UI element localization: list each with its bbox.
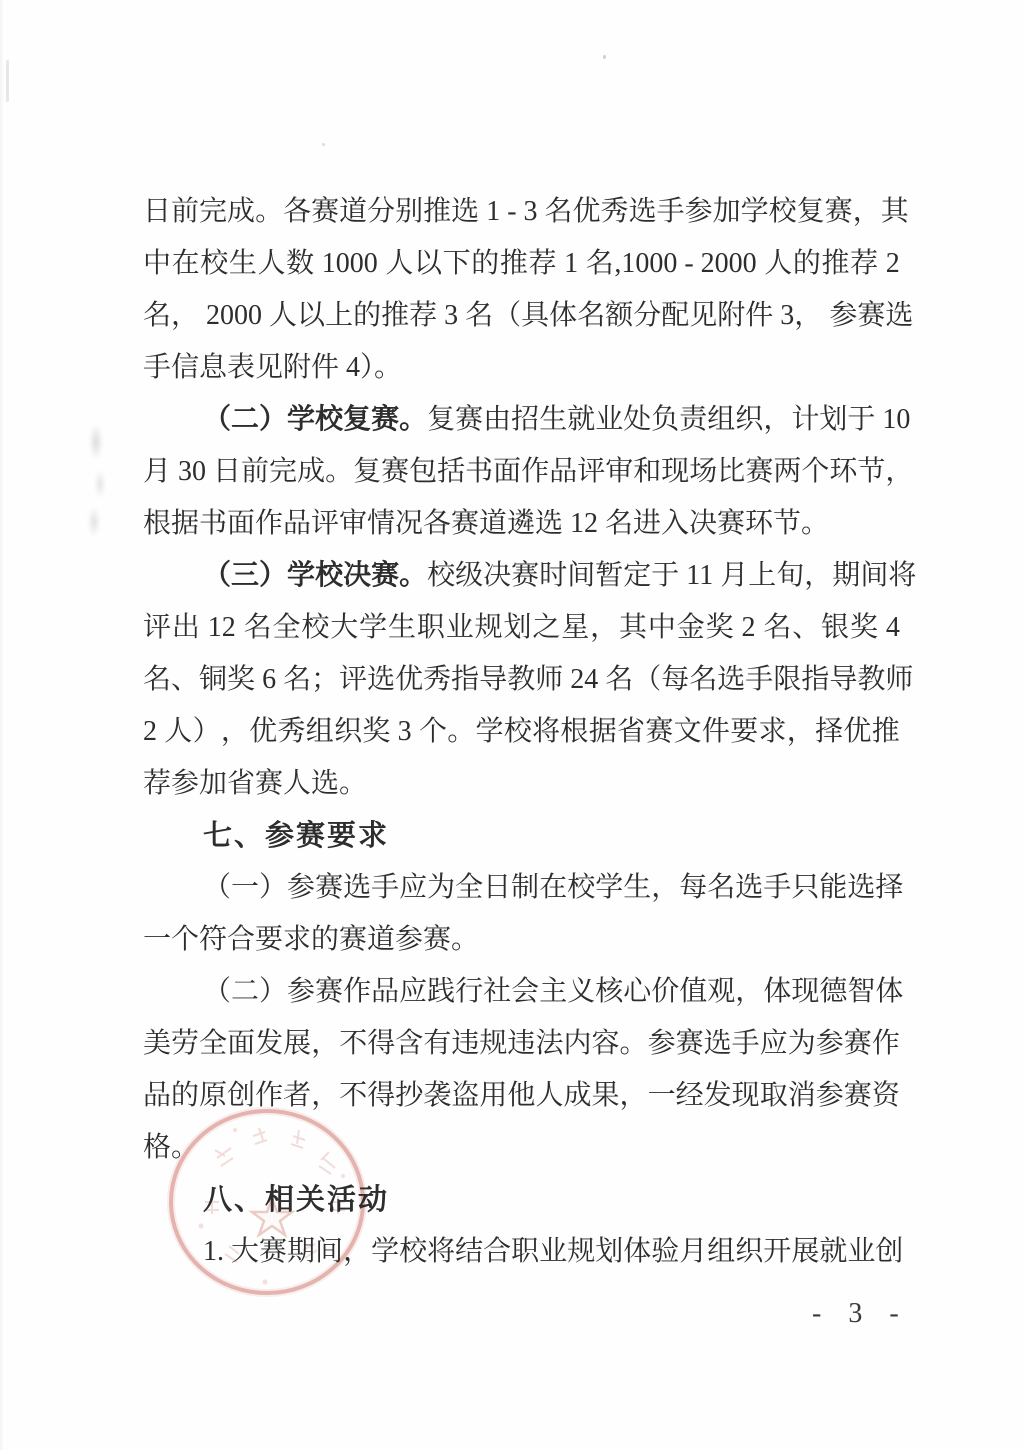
section-heading: 七、参赛要求 [143, 810, 900, 862]
text-line: 名， 2000 人以上的推荐 3 名（具体名额分配见附件 3， 参赛选 [143, 290, 900, 342]
text-line: （二）参赛作品应践行社会主义核心价值观，体现德智体 [143, 966, 900, 1018]
document-body: 日前完成。各赛道分别推选 1 - 3 名优秀选手参加学校复赛，其中在校生人数 1… [143, 186, 900, 1278]
scan-edge-shadow [0, 0, 4, 1450]
section-heading: 八、相关活动 [143, 1174, 900, 1226]
text-line: （一）参赛选手应为全日制在校学生，每名选手只能选择 [143, 862, 900, 914]
text-line: （三）学校决赛。校级决赛时间暂定于 11 月上旬，期间将 [143, 550, 900, 602]
text-line: （二）学校复赛。复赛由招生就业处负责组织，计划于 10 [143, 394, 900, 446]
document-page: 日前完成。各赛道分别推选 1 - 3 名优秀选手参加学校复赛，其中在校生人数 1… [0, 0, 1024, 1450]
scan-speck [6, 60, 9, 102]
text-line: 月 30 日前完成。复赛包括书面作品评审和现场比赛两个环节， [143, 446, 900, 498]
text-line: 格。 [143, 1122, 900, 1174]
text-line: 品的原创作者，不得抄袭盗用他人成果，一经发现取消参赛资 [143, 1070, 900, 1122]
text-line: 评出 12 名全校大学生职业规划之星，其中金奖 2 名、银奖 4 [143, 602, 900, 654]
text-line: 日前完成。各赛道分别推选 1 - 3 名优秀选手参加学校复赛，其 [143, 186, 900, 238]
scan-speck [603, 55, 606, 59]
text-line: 根据书面作品评审情况各赛道遴选 12 名进入决赛环节。 [143, 498, 900, 550]
text-line: 美劳全面发展，不得含有违规违法内容。参赛选手应为参赛作 [143, 1018, 900, 1070]
text-line: 2 人），优秀组织奖 3 个。学校将根据省赛文件要求，择优推 [143, 706, 900, 758]
text-line: 手信息表见附件 4）。 [143, 342, 900, 394]
page-number: - 3 - [812, 1298, 909, 1330]
scan-speck [322, 143, 325, 146]
text-line: 一个符合要求的赛道参赛。 [143, 914, 900, 966]
scan-smudge [82, 422, 110, 540]
text-line: 中在校生人数 1000 人以下的推荐 1 名,1000 - 2000 人的推荐 … [143, 238, 900, 290]
text-line: 名、铜奖 6 名；评选优秀指导教师 24 名（每名选手限指导教师 [143, 654, 900, 706]
text-line: 荐参加省赛人选。 [143, 758, 900, 810]
text-line: 1. 大赛期间，学校将结合职业规划体验月组织开展就业创 [143, 1226, 900, 1278]
